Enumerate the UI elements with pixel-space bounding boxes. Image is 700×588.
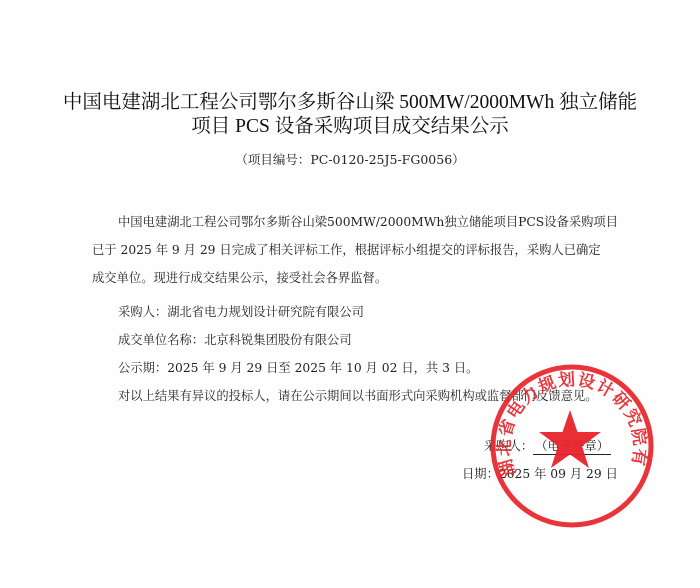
signature-date: 日期：2025 年 09 月 29 日 <box>462 464 618 482</box>
document-title-line-2: 项目 PCS 设备采购项目成交结果公示 <box>0 110 700 138</box>
signature-line: 采购人：（电子签章） <box>484 436 611 455</box>
project-code: （项目编号：PC-0120-25J5-FG0056） <box>0 150 700 168</box>
stamp-note: （电子签章） <box>533 436 611 455</box>
publicity-period-line: 公示期：2025 年 9 月 29 日至 2025 年 10 月 02 日，共 … <box>118 358 478 376</box>
svg-text:湖北省电力规划设计研究院有限公司: 湖北省电力规划设计研究院有限公司 <box>486 362 651 479</box>
winner-line: 成交单位名称：北京科锐集团股份有限公司 <box>118 330 352 348</box>
objection-line: 对以上结果有异议的投标人，请在公示期间以书面形式向采购机构或监督部门反馈意见。 <box>118 386 598 404</box>
purchaser-line: 采购人：湖北省电力规划设计研究院有限公司 <box>118 302 364 320</box>
signature-label: 采购人： <box>484 439 533 453</box>
intro-paragraph-line-3: 成交单位。现进行成交结果公示，接受社会各界监督。 <box>92 268 387 286</box>
intro-paragraph-line-1: 中国电建湖北工程公司鄂尔多斯谷山梁500MW/2000MWh独立储能项目PCS设… <box>118 212 618 230</box>
seal-text: 湖北省电力规划设计研究院有限公司 <box>486 362 651 479</box>
intro-paragraph-line-2: 已于 2025 年 9 月 29 日完成了相关评标工作，根据评标小组提交的评标报… <box>92 240 601 258</box>
document-page: 中国电建湖北工程公司鄂尔多斯谷山梁 500MW/2000MWh 独立储能 项目 … <box>0 0 700 588</box>
